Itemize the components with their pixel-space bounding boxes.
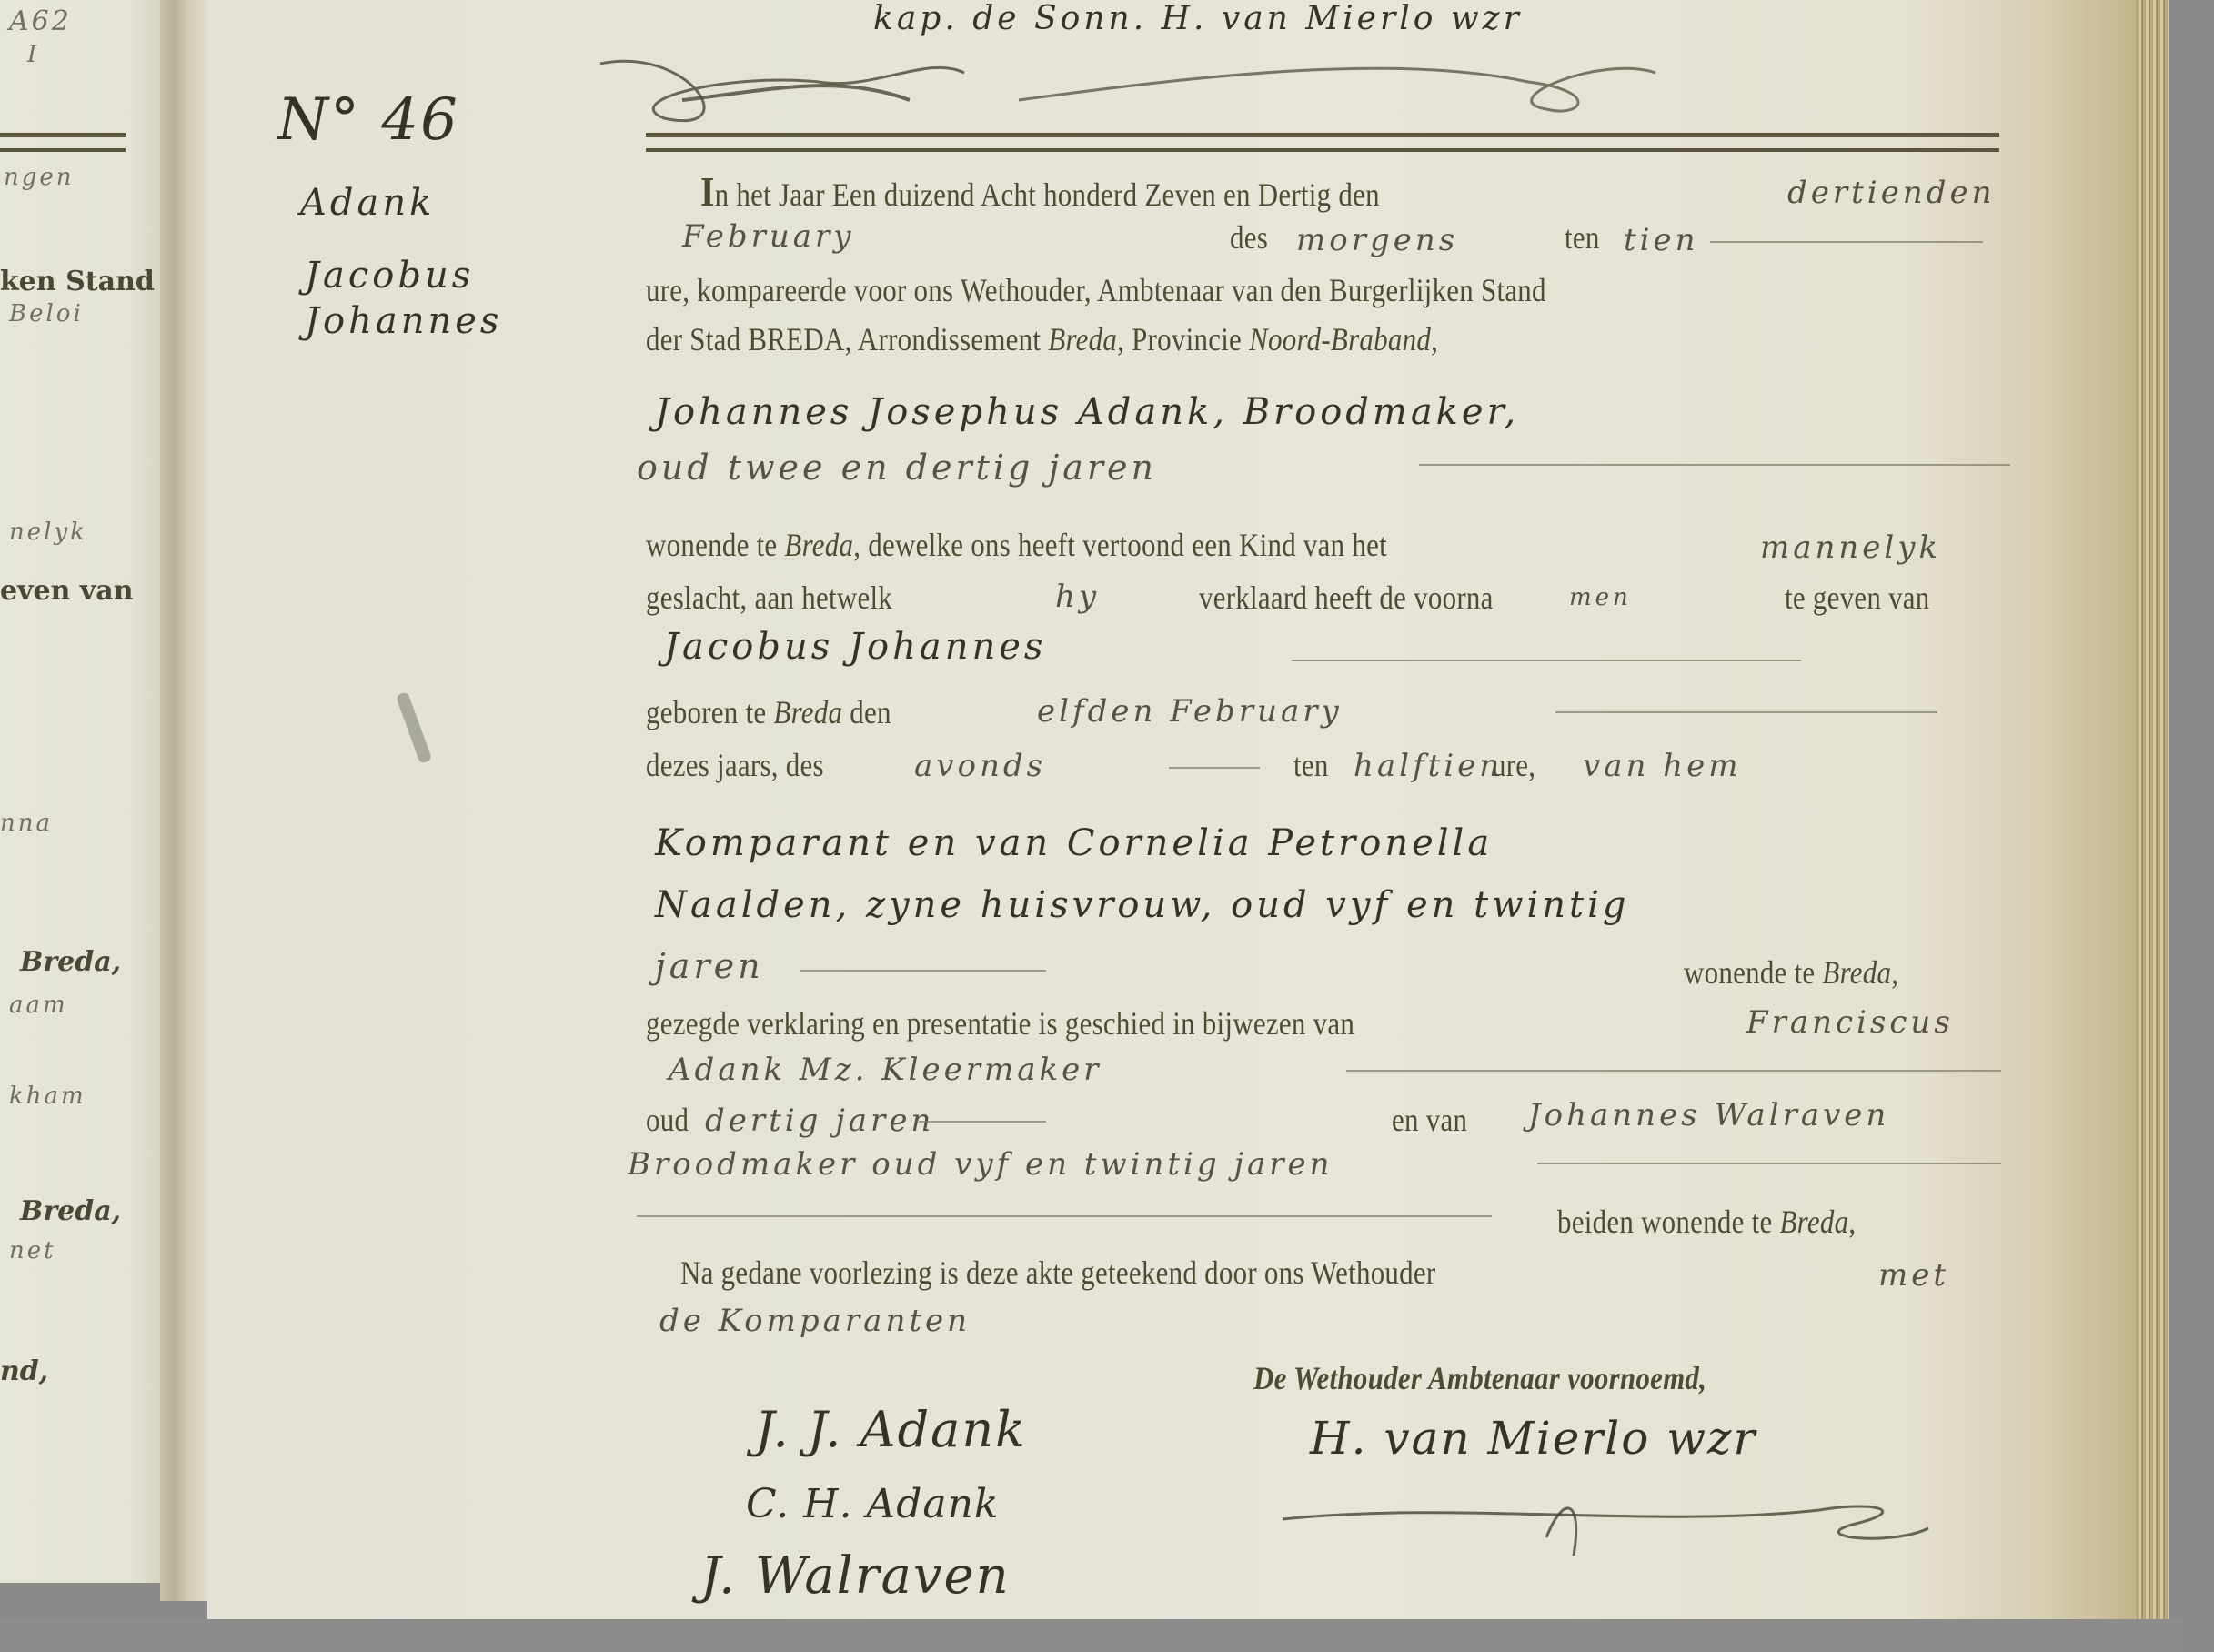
child-name: Jacobus Johannes xyxy=(664,626,1046,668)
print-oud: oud xyxy=(646,1101,689,1139)
mother-name-2: Naalden, zyne huisvrouw, oud vyf en twin… xyxy=(655,884,1629,926)
witness-1-name: Franciscus xyxy=(1746,1004,1954,1041)
fill-rule xyxy=(1710,241,1983,243)
left-hand-note: net xyxy=(9,1237,56,1264)
hand-pronoun: hy xyxy=(1055,579,1100,615)
fill-rule xyxy=(1292,660,1801,661)
birth-date: elfden February xyxy=(1037,693,1343,730)
fill-rule xyxy=(637,1215,1492,1217)
birth-time-of-day: avonds xyxy=(914,748,1046,784)
left-hand-note: kham xyxy=(9,1083,86,1110)
print-en-van: en van xyxy=(1392,1101,1467,1139)
signature-witness-1: C. H. Adank xyxy=(746,1481,1000,1527)
body-line-15: gezegde verklaring en presentatie is ges… xyxy=(646,1004,1354,1043)
body-line-8a: geslacht, aan hetwelk xyxy=(646,579,892,617)
hand-time-of-day: morgens xyxy=(1296,222,1458,258)
body-line-8b: verklaard heeft de voorna xyxy=(1199,579,1494,617)
left-hand-note: Beloi xyxy=(9,300,84,327)
official-title: De Wethouder Ambtenaar voornoemd, xyxy=(1253,1359,1706,1397)
fill-rule xyxy=(1537,1163,2001,1164)
body-line-4: der Stad BREDA, Arrondissement Breda, Pr… xyxy=(646,320,1438,358)
body-line-11a: dezes jaars, des xyxy=(646,746,824,784)
signature-official: H. van Mierlo wzr xyxy=(1310,1412,1756,1465)
record-number: N° 46 xyxy=(277,86,459,154)
body-line-10: geboren te Breda den xyxy=(646,693,891,731)
father-name: Johannes Josephus Adank, Broodmaker, xyxy=(655,391,1519,433)
witness-2-name: Johannes Walraven xyxy=(1528,1097,1889,1133)
left-hand-note: nna xyxy=(0,810,53,837)
left-hand-note: nelyk xyxy=(9,519,87,546)
hand-van-hem: van hem xyxy=(1583,748,1741,784)
hand-komparanten: de Komparanten xyxy=(659,1303,971,1339)
left-print-text: Breda, xyxy=(20,1195,121,1227)
fill-rule xyxy=(800,970,1046,972)
hand-suffix: men xyxy=(1569,584,1632,611)
left-page: A62 I ngen ken Stand Beloi nelyk even va… xyxy=(0,0,160,1583)
right-page xyxy=(207,0,2136,1628)
book-gutter xyxy=(160,0,207,1601)
father-age: oud twee en dertig jaren xyxy=(637,448,1157,488)
hand-sex: mannelyk xyxy=(1760,529,1941,566)
hand-met: met xyxy=(1878,1257,1949,1294)
print-des: des xyxy=(1230,218,1268,257)
fill-rule xyxy=(1346,1070,2001,1072)
hand-hour: tien xyxy=(1624,222,1699,258)
signature-witness-2: J. Walraven xyxy=(700,1546,1011,1606)
print-ten-2: ten xyxy=(1293,746,1329,784)
left-hand-note: ngen xyxy=(4,164,75,191)
mother-name-1: Komparant en van Cornelia Petronella xyxy=(655,822,1493,864)
left-hand-note: A62 xyxy=(9,5,72,37)
left-print-text: even van xyxy=(0,575,134,607)
body-line-7: wonende te Breda, dewelke ons heeft vert… xyxy=(646,526,1387,564)
body-line-8c: te geven van xyxy=(1785,579,1930,617)
fill-rule xyxy=(919,1121,1046,1123)
left-rule xyxy=(0,133,126,152)
margin-surname: Adank xyxy=(300,182,435,224)
body-line-3: ure, kompareerde voor ons Wethouder, Amb… xyxy=(646,271,1546,309)
header-rule xyxy=(646,133,1999,152)
left-print-text: nd, xyxy=(0,1355,48,1387)
fill-rule xyxy=(1555,711,1937,713)
signature-father: J. J. Adank xyxy=(755,1401,1027,1458)
print-ure: ure, xyxy=(1492,746,1535,784)
margin-secondname: Johannes xyxy=(305,300,502,342)
left-hand-note: aam xyxy=(9,992,68,1019)
hand-day: dertienden xyxy=(1787,175,1995,211)
body-line-1: In het Jaar Een duizend Acht honderd Zev… xyxy=(700,167,1380,216)
left-print-text: Breda, xyxy=(20,946,121,978)
fill-rule xyxy=(1419,464,2010,466)
birth-hour: halftien xyxy=(1354,748,1503,784)
body-line-19: beiden wonende te Breda, xyxy=(1557,1203,1856,1241)
witness-1-detail: Adank Mz. Kleermaker xyxy=(669,1052,1102,1088)
mother-age-end: jaren xyxy=(655,946,764,986)
left-hand-note: I xyxy=(27,41,39,68)
page-edge xyxy=(2136,0,2169,1637)
hand-month: February xyxy=(682,218,855,255)
body-line-14: wonende te Breda, xyxy=(1684,953,1898,992)
witness-1-age: dertig jaren xyxy=(705,1103,934,1139)
top-signature: kap. de Sonn. H. van Mierlo wzr xyxy=(873,0,1523,37)
fill-rule xyxy=(1169,767,1260,769)
official-flourish xyxy=(1273,1474,1965,1565)
witness-2-detail: Broodmaker oud vyf en twintig jaren xyxy=(628,1146,1333,1183)
bottom-shadow xyxy=(0,1619,2183,1652)
print-ten: ten xyxy=(1565,218,1600,257)
margin-firstname: Jacobus xyxy=(305,255,474,297)
left-print-text: ken Stand xyxy=(0,266,155,297)
body-line-20: Na gedane voorlezing is deze akte geteek… xyxy=(680,1254,1435,1292)
